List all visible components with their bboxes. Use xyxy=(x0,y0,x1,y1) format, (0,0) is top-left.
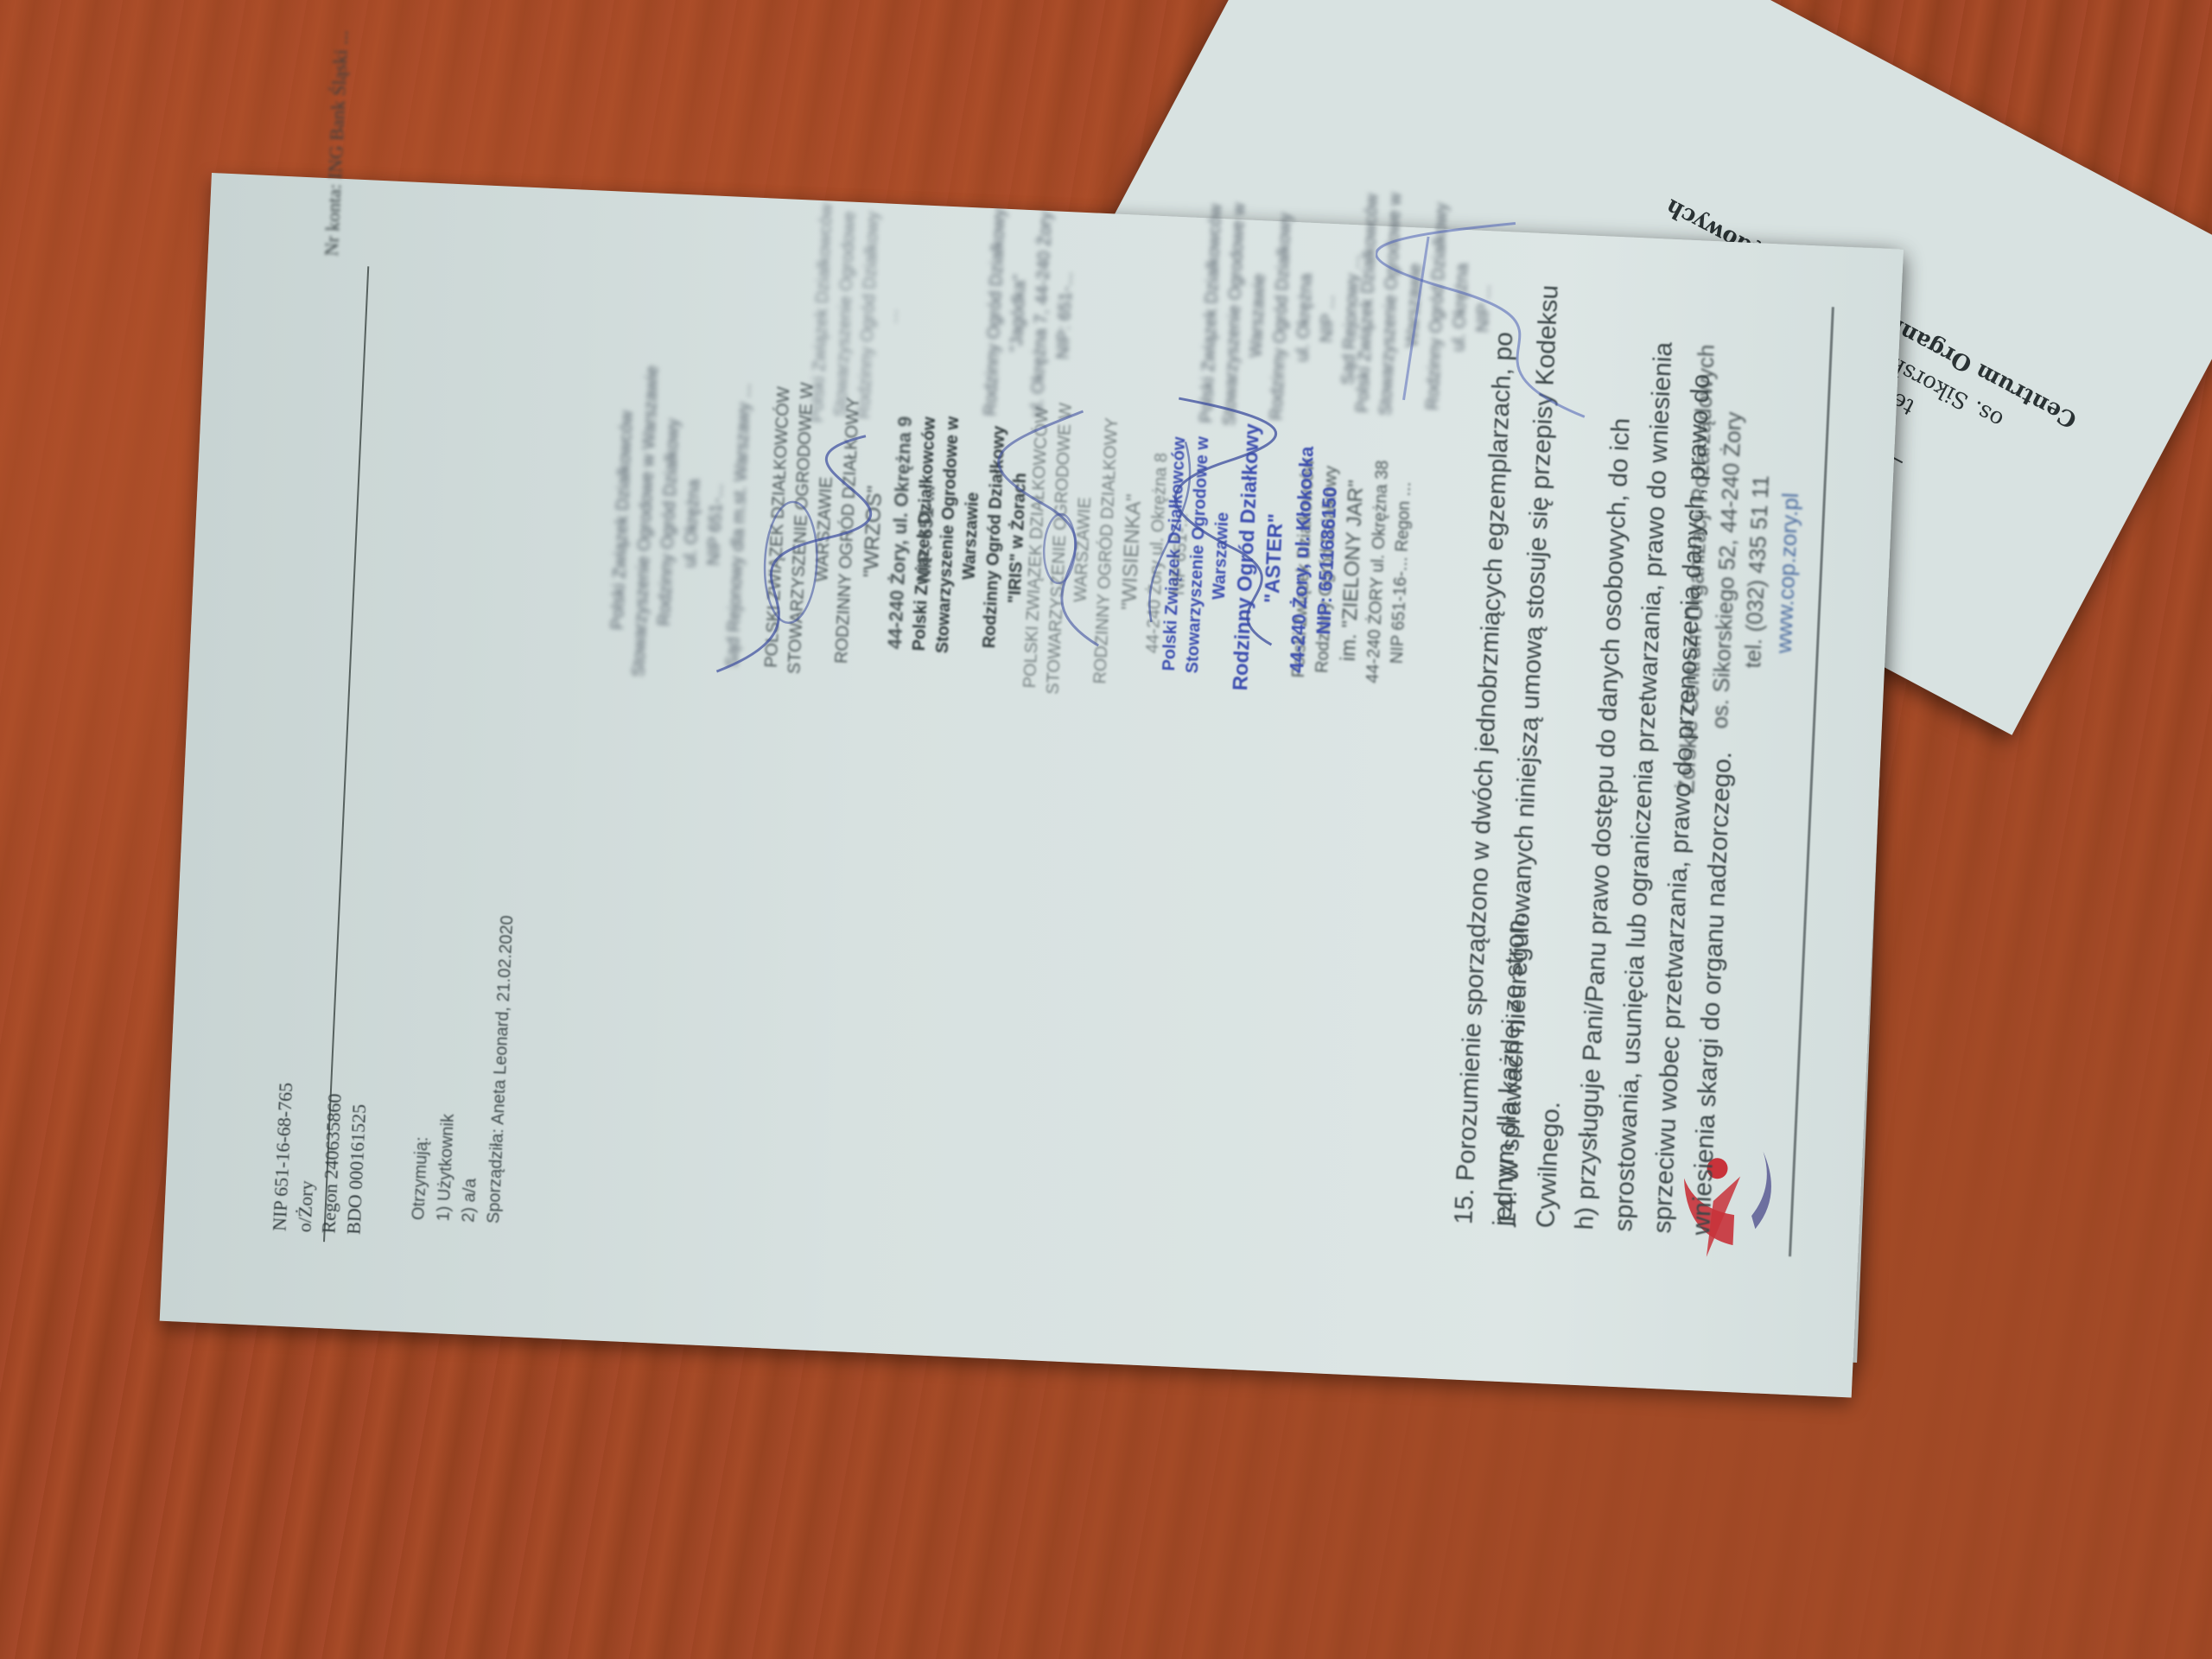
footer-bank-account: Nr konta: ING Bank Śląski ... xyxy=(321,30,353,257)
footer-company-ids: NIP 651-16-68-765 o/Żory Regon 240635860… xyxy=(268,1082,373,1235)
document-page: Żorskie Centrum Organizacji Pozarządowyc… xyxy=(160,173,1904,1398)
stamp-jagodka: Rodzinny Ogród Działkowy "Jagódka" ul. O… xyxy=(977,174,1083,454)
stamp-rod-right-1: Polski Związek Działkowców Stowarzyszeni… xyxy=(1193,157,1370,475)
stamp-rod-center-2: Polski Związek Działkowców Stowarzyszeni… xyxy=(804,157,911,473)
recipients-block: Otrzymują: 1) Użytkownik 2) a/a Sporządz… xyxy=(406,912,520,1224)
stamp-rod-right-2: Polski Związek Działkowców Stowarzyszeni… xyxy=(1349,147,1503,464)
stamp-rod-center-1: Polski Związek Działkowców Stowarzyszeni… xyxy=(603,339,760,708)
